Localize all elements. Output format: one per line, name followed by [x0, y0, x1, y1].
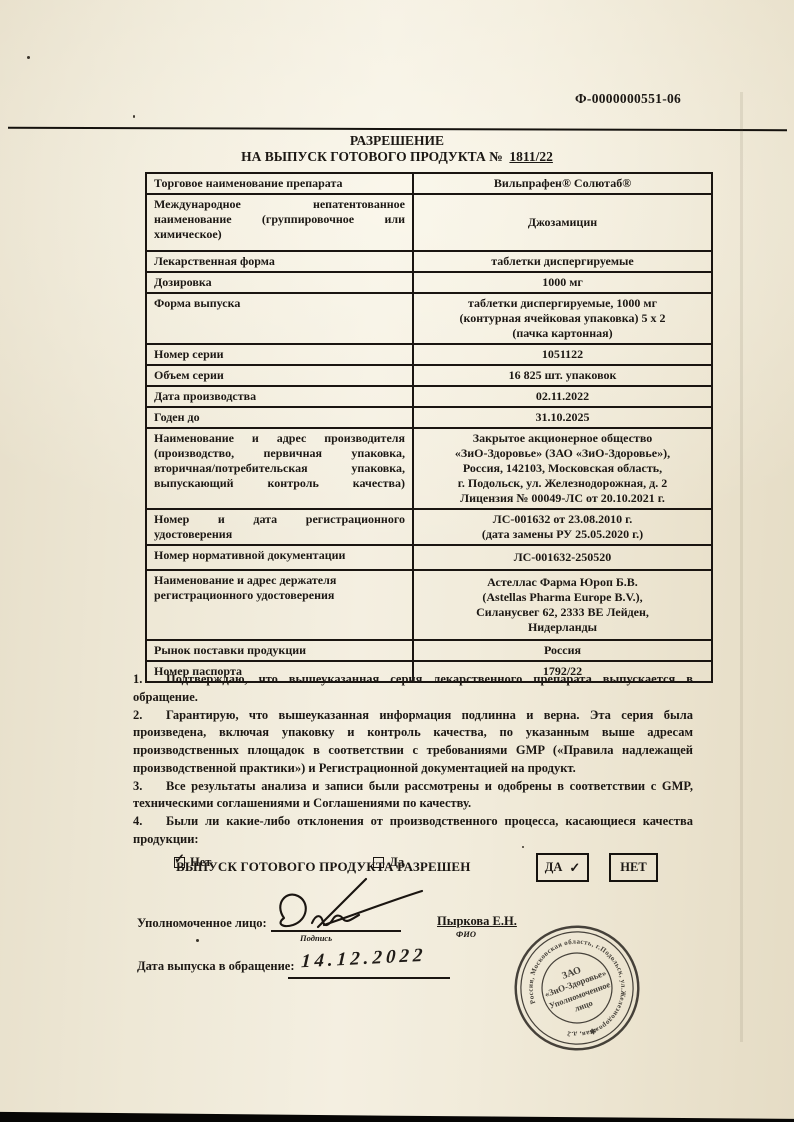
field-value: ЛС-001632-250520: [413, 545, 712, 570]
signatory-name: Пыркова Е.Н.: [437, 914, 517, 929]
field-value: таблетки диспергируемые: [413, 251, 712, 272]
check-mark-icon: ✓: [569, 860, 580, 876]
release-statement: ВЫПУСК ГОТОВОГО ПРОДУКТА РАЗРЕШЕН: [176, 859, 471, 875]
scan-speck: [196, 939, 199, 942]
table-row: Форма выпускатаблетки диспергируемые, 10…: [146, 293, 712, 344]
field-value: 1051122: [413, 344, 712, 365]
declaration-paragraph: 4.Были ли какие-либо отклонения от произ…: [133, 813, 693, 849]
release-no-label: НЕТ: [620, 860, 646, 875]
top-rule: [8, 127, 787, 132]
authorized-person-label: Уполномоченное лицо:: [137, 916, 267, 931]
field-value: таблетки диспергируемые, 1000 мг (контур…: [413, 293, 712, 344]
table-row: Рынок поставки продукцииРоссия: [146, 640, 712, 661]
field-label: Лекарственная форма: [146, 251, 413, 272]
document-title: РАЗРЕШЕНИЕ НА ВЫПУСК ГОТОВОГО ПРОДУКТА №…: [0, 133, 794, 164]
signature-scribble: [262, 874, 434, 932]
release-date-line: [288, 977, 450, 979]
table-row: Международное непатентованное наименован…: [146, 194, 712, 251]
name-caption: ФИО: [456, 929, 476, 939]
release-yes-box: ДА ✓: [536, 853, 589, 882]
field-label: Рынок поставки продукции: [146, 640, 413, 661]
field-label: Международное непатентованное наименован…: [146, 194, 413, 251]
table-row: Дозировка1000 мг: [146, 272, 712, 293]
field-value: Джозамицин: [413, 194, 712, 251]
title-line-1: РАЗРЕШЕНИЕ: [0, 133, 794, 149]
paragraph-number: 1.: [133, 671, 166, 689]
field-value: ЛС-001632 от 23.08.2010 г. (дата замены …: [413, 509, 712, 545]
scan-speck: [27, 56, 30, 59]
paragraph-number: 3.: [133, 778, 166, 796]
paragraph-number: 2.: [133, 707, 166, 725]
field-value: 02.11.2022: [413, 386, 712, 407]
table-row: Объем серии16 825 шт. упаковок: [146, 365, 712, 386]
field-label: Дозировка: [146, 272, 413, 293]
table-row: Номер и дата регистрационного удостовере…: [146, 509, 712, 545]
field-label: Форма выпуска: [146, 293, 413, 344]
field-value: 31.10.2025: [413, 407, 712, 428]
field-label: Годен до: [146, 407, 413, 428]
field-value: Вильпрафен® Солютаб®: [413, 173, 712, 194]
document-number: 1811/22: [509, 149, 553, 164]
signature-caption: Подпись: [300, 933, 332, 943]
table-row: Номер нормативной документацииЛС-001632-…: [146, 545, 712, 570]
field-value: Астеллас Фарма Юроп Б.В. (Astellas Pharm…: [413, 570, 712, 640]
field-label: Дата производства: [146, 386, 413, 407]
table-row: Наименование и адрес производителя (прои…: [146, 428, 712, 509]
field-value: Россия: [413, 640, 712, 661]
scan-speck: [522, 846, 524, 848]
field-label: Номер серии: [146, 344, 413, 365]
form-code: Ф-0000000551-06: [575, 91, 681, 107]
field-label: Торговое наименование препарата: [146, 173, 413, 194]
table-row: Наименование и адрес держателя регистрац…: [146, 570, 712, 640]
field-value: Закрытое акционерное общество «ЗиО-Здоро…: [413, 428, 712, 509]
declaration-paragraph: 2.Гарантирую, что вышеуказанная информац…: [133, 707, 693, 778]
declarations: 1.Подтверждаю, что вышеуказанная серия л…: [133, 671, 693, 871]
scanned-release-document: { "header": { "form_code": "Ф-0000000551…: [0, 0, 794, 1122]
field-label: Наименование и адрес держателя регистрац…: [146, 570, 413, 640]
paragraph-number: 4.: [133, 813, 166, 831]
table-row: Годен до31.10.2025: [146, 407, 712, 428]
release-date-handwritten: 14.12.2022: [301, 945, 427, 974]
field-value: 1000 мг: [413, 272, 712, 293]
release-no-box: НЕТ: [609, 853, 658, 882]
table-row: Номер серии1051122: [146, 344, 712, 365]
declaration-paragraph: 1.Подтверждаю, что вышеуказанная серия л…: [133, 671, 693, 707]
field-label: Номер и дата регистрационного удостовере…: [146, 509, 413, 545]
declaration-paragraph: 3.Все результаты анализа и записи были р…: [133, 778, 693, 814]
scan-edge-shadow: [0, 1110, 794, 1122]
field-label: Наименование и адрес производителя (прои…: [146, 428, 413, 509]
field-value: 16 825 шт. упаковок: [413, 365, 712, 386]
table-row: Торговое наименование препаратаВильпрафе…: [146, 173, 712, 194]
table-row: Дата производства02.11.2022: [146, 386, 712, 407]
release-yes-label: ДА: [545, 860, 563, 875]
field-label: Объем серии: [146, 365, 413, 386]
company-stamp: Россия, Московская область, г.Подольск, …: [511, 922, 643, 1054]
release-date-label: Дата выпуска в обращение:: [137, 959, 295, 974]
scan-speck: [133, 115, 135, 118]
field-label: Номер нормативной документации: [146, 545, 413, 570]
scan-streak: [740, 92, 743, 1042]
table-row: Лекарственная форматаблетки диспергируем…: [146, 251, 712, 272]
title-line-2: НА ВЫПУСК ГОТОВОГО ПРОДУКТА № 1811/22: [0, 149, 794, 165]
product-details-table: Торговое наименование препаратаВильпрафе…: [145, 172, 713, 683]
